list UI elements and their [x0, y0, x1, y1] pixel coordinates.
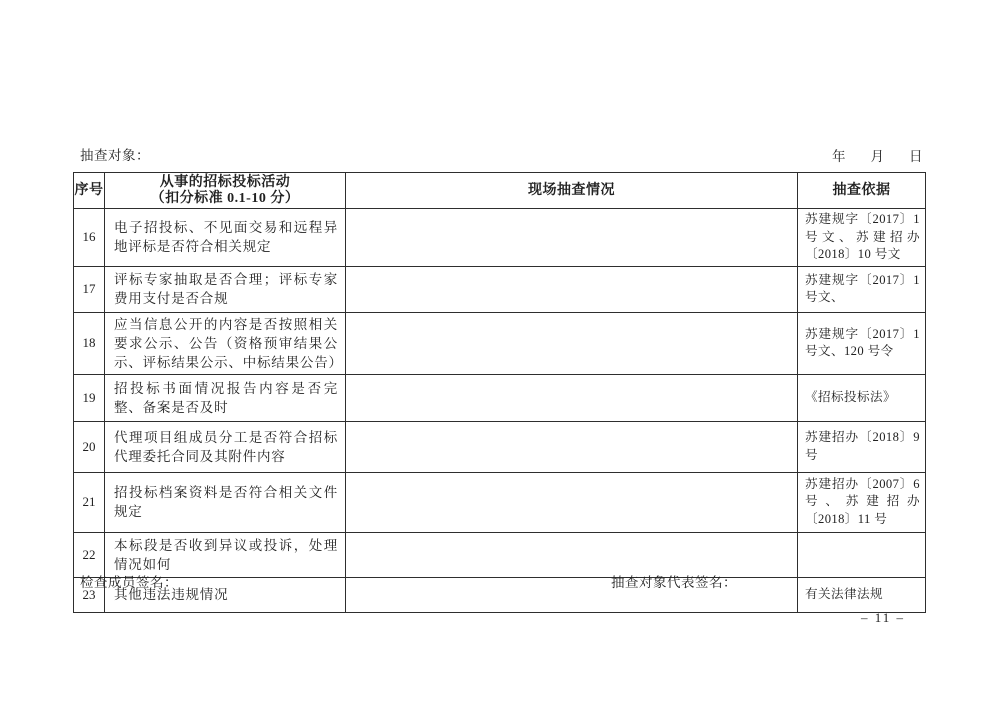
date-line: 年 月 日 — [832, 145, 923, 165]
row-number-cell: 19 — [74, 374, 105, 421]
activity-cell: 应当信息公开的内容是否按照相关要求公示、公告（资格预审结果公示、评标结果公示、中… — [105, 312, 346, 374]
row-number-cell: 18 — [74, 312, 105, 374]
situation-cell — [346, 472, 798, 532]
basis-cell: 苏建规字〔2017〕1 号文、苏建招办〔2018〕10 号文 — [798, 209, 926, 267]
situation-cell — [346, 209, 798, 267]
activity-cell: 代理项目组成员分工是否符合招标代理委托合同及其附件内容 — [105, 421, 346, 472]
inspection-table-grid: 序号 从事的招标投标活动 （扣分标准 0.1-10 分） 现场抽查情况 抽查依据… — [73, 172, 926, 613]
date-month-label: 月 — [871, 145, 885, 165]
col-header-activity-line2: （扣分标准 0.1-10 分） — [107, 191, 343, 207]
situation-cell — [346, 421, 798, 472]
basis-cell: 苏建规字〔2017〕1 号文、 — [798, 266, 926, 312]
table-row: 20 代理项目组成员分工是否符合招标代理委托合同及其附件内容 苏建招办〔2018… — [74, 421, 926, 472]
col-header-index: 序号 — [74, 173, 105, 209]
table-row: 18 应当信息公开的内容是否按照相关要求公示、公告（资格预审结果公示、评标结果公… — [74, 312, 926, 374]
row-number-cell: 21 — [74, 472, 105, 532]
document-page: 抽查对象： 年 月 日 序号 从事的招标投标活动 （扣分标准 0.1-10 分） — [0, 0, 1000, 707]
table-row: 23 其他违法违规情况 有关法律法规 — [74, 577, 926, 612]
table-row: 21 招投标档案资料是否符合相关文件规定 苏建招办〔2007〕6 号、苏建招办〔… — [74, 472, 926, 532]
table-header: 序号 从事的招标投标活动 （扣分标准 0.1-10 分） 现场抽查情况 抽查依据 — [74, 173, 926, 209]
row-number-cell: 16 — [74, 209, 105, 267]
basis-cell: 苏建招办〔2018〕9 号 — [798, 421, 926, 472]
col-header-activity: 从事的招标投标活动 （扣分标准 0.1-10 分） — [105, 173, 346, 209]
inspection-target-label: 抽查对象： — [80, 144, 150, 164]
row-number-cell: 20 — [74, 421, 105, 472]
activity-cell: 电子招投标、不见面交易和远程异地评标是否符合相关规定 — [105, 209, 346, 267]
table-row: 16 电子招投标、不见面交易和远程异地评标是否符合相关规定 苏建规字〔2017〕… — [74, 209, 926, 267]
table-body: 16 电子招投标、不见面交易和远程异地评标是否符合相关规定 苏建规字〔2017〕… — [74, 209, 926, 613]
table-row: 17 评标专家抽取是否合理；评标专家费用支付是否合规 苏建规字〔2017〕1 号… — [74, 266, 926, 312]
col-header-situation: 现场抽查情况 — [346, 173, 798, 209]
basis-cell — [798, 532, 926, 577]
col-header-basis: 抽查依据 — [798, 173, 926, 209]
row-number-cell: 17 — [74, 266, 105, 312]
basis-cell: 苏建招办〔2007〕6 号、苏建招办〔2018〕11 号 — [798, 472, 926, 532]
activity-cell: 评标专家抽取是否合理；评标专家费用支付是否合规 — [105, 266, 346, 312]
activity-cell: 招投标书面情况报告内容是否完整、备案是否及时 — [105, 374, 346, 421]
situation-cell — [346, 374, 798, 421]
basis-cell: 苏建规字〔2017〕1 号文、120 号令 — [798, 312, 926, 374]
situation-cell — [346, 266, 798, 312]
basis-cell: 《招标投标法》 — [798, 374, 926, 421]
page-number: – 11 – — [861, 610, 905, 626]
date-day-label: 日 — [909, 145, 923, 165]
table-row: 19 招投标书面情况报告内容是否完整、备案是否及时 《招标投标法》 — [74, 374, 926, 421]
situation-cell — [346, 312, 798, 374]
inspection-table: 序号 从事的招标投标活动 （扣分标准 0.1-10 分） 现场抽查情况 抽查依据… — [73, 172, 926, 613]
date-year-label: 年 — [832, 145, 846, 165]
header-row: 序号 从事的招标投标活动 （扣分标准 0.1-10 分） 现场抽查情况 抽查依据 — [74, 173, 926, 209]
target-representative-signature-label: 抽查对象代表签名： — [611, 571, 737, 591]
inspector-signature-label: 检查成员签名： — [80, 571, 178, 591]
col-header-activity-line1: 从事的招标投标活动 — [107, 175, 343, 191]
activity-cell: 招投标档案资料是否符合相关文件规定 — [105, 472, 346, 532]
basis-cell: 有关法律法规 — [798, 577, 926, 612]
table-row: 22 本标段是否收到异议或投诉，处理情况如何 — [74, 532, 926, 577]
